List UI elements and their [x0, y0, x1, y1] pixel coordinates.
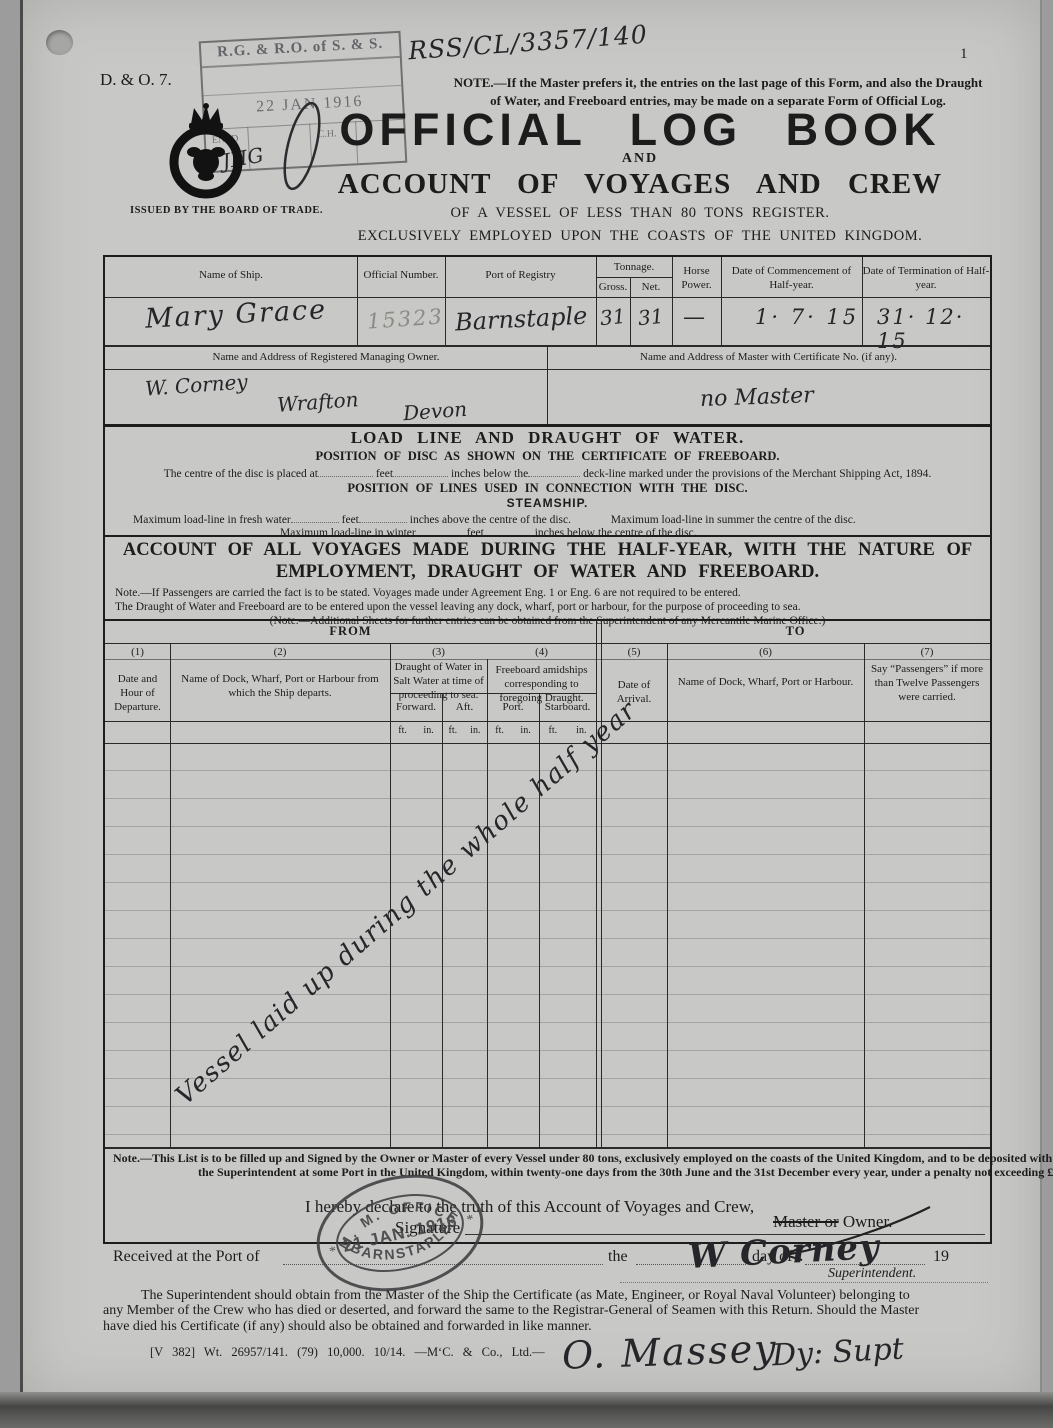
load-line-title: LOAD LINE AND DRAUGHT OF WATER.: [105, 428, 990, 448]
issued-by-line: ISSUED BY THE BOARD OF TRADE.: [130, 205, 323, 216]
top-note-text: —If the Master prefers it, the entries o…: [490, 75, 982, 108]
col3-num: (3): [390, 646, 487, 660]
top-note-label: NOTE.: [454, 75, 494, 90]
voyages-note1: Note.—If Passengers are carried the fact…: [115, 587, 741, 599]
title-line3: OF A VESSEL OF LESS THAN 80 TONS REGISTE…: [330, 205, 950, 222]
col5-num: (5): [601, 646, 667, 660]
col-master: Name and Address of Master with Certific…: [547, 351, 990, 365]
hole-punch: [46, 30, 73, 55]
value-horse-power: —: [683, 305, 705, 330]
col-horse-power: Horse Power.: [672, 265, 721, 293]
from-label: FROM: [105, 624, 596, 639]
col-official-number: Official Number.: [357, 269, 445, 283]
col2-num: (2): [170, 646, 390, 660]
ruled-lines: [105, 743, 990, 1143]
subcol-starboard: Starboard.: [539, 701, 596, 715]
col7-label: Say “Passengers” if more than Twelve Pas…: [870, 663, 984, 704]
value-net-tonnage: 31: [637, 304, 665, 331]
voyages-heading2: EMPLOYMENT, DRAUGHT OF WATER AND FREEBOA…: [105, 562, 990, 583]
value-name-of-ship: Mary Grace: [144, 294, 328, 334]
col-commencement: Date of Commencement of Half-year.: [721, 265, 862, 293]
page-title: OFFICIAL LOG BOOK: [330, 104, 950, 156]
voyages-section: ACCOUNT OF ALL VOYAGES MADE DURING THE H…: [103, 535, 992, 1244]
deposit-note: Note.—This List is to be filled up and S…: [113, 1151, 1053, 1180]
units-port: ft.in.: [487, 725, 539, 736]
value-commencement: 1· 7· 15: [755, 305, 859, 329]
value-termination: 31· 12· 15: [877, 305, 990, 353]
value-master: no Master: [700, 383, 815, 412]
col-name-of-ship: Name of Ship.: [105, 269, 357, 283]
col3-label: Draught of Water in Salt Water at time o…: [392, 661, 485, 702]
form-code: D. & O. 7.: [100, 70, 172, 90]
steamship-label: STEAMSHIP.: [105, 496, 990, 510]
superintendent-label: Superintendent.: [828, 1266, 916, 1282]
value-port-of-registry: Barnstaple: [454, 302, 588, 337]
value-owner-name: W. Corney: [144, 369, 248, 400]
to-label: TO: [601, 624, 990, 639]
col7-num: (7): [864, 646, 990, 660]
value-gross-tonnage: 31: [599, 304, 627, 331]
subcol-port: Port.: [487, 701, 539, 715]
load-line-section: LOAD LINE AND DRAUGHT OF WATER. POSITION…: [103, 425, 992, 537]
col6-num: (6): [667, 646, 864, 660]
col-termination: Date of Termination of Half-year.: [862, 265, 990, 293]
load-line-subtitle: POSITION OF DISC AS SHOWN ON THE CERTIFI…: [105, 449, 990, 464]
title-and: AND: [330, 151, 950, 167]
title-line4: EXCLUSIVELY EMPLOYED UPON THE COASTS OF …: [280, 228, 1000, 245]
value-official-number: 15323: [366, 304, 444, 333]
col-tonnage: Tonnage.: [596, 261, 672, 275]
col2-label: Name of Dock, Wharf, Port or Harbour fro…: [180, 673, 380, 701]
print-reference: [V 382] Wt. 26957/141. (79) 10,000. 10/1…: [150, 1345, 545, 1360]
col5-label: Date of Arrival.: [601, 679, 667, 707]
deputy-title-handwritten: Dy: Supt: [771, 1332, 904, 1374]
units-forward: ft.in.: [390, 725, 442, 736]
page-bottom-shadow: [0, 1392, 1053, 1428]
subcol-aft: Aft.: [442, 701, 487, 715]
svg-text:*: *: [465, 1212, 475, 1228]
units-aft: ft.in.: [442, 725, 487, 736]
voyages-heading1: ACCOUNT OF ALL VOYAGES MADE DURING THE H…: [105, 540, 990, 561]
col6-label: Name of Dock, Wharf, Port or Harbour.: [677, 676, 854, 690]
col-port-of-registry: Port of Registry: [445, 269, 596, 283]
received-at-port-label: Received at the Port of: [113, 1248, 260, 1266]
col-gross: Gross.: [596, 281, 630, 295]
value-owner-county: Devon: [402, 397, 468, 425]
subcol-forward: Forward.: [390, 701, 442, 715]
voyages-note2: The Draught of Water and Freeboard are t…: [115, 601, 801, 613]
col4-label: Freeboard amidships corresponding to for…: [491, 664, 592, 705]
board-of-trade-crest-icon: [158, 100, 254, 204]
load-line-disc-line: The centre of the disc is placed at feet…: [105, 465, 990, 480]
deputy-signature-handwritten: O. Massey: [561, 1326, 778, 1377]
superintendent-note: The Superintendent should obtain from th…: [103, 1288, 990, 1334]
value-owner-place: Wrafton: [276, 387, 359, 417]
col1-label: Date and Hour of Departure.: [107, 673, 168, 714]
col4-num: (4): [487, 646, 596, 660]
the-label: the: [608, 1248, 628, 1266]
page-number: 1: [960, 46, 968, 63]
entry-stamp-office: R.G. & R.O. of S. & S.: [201, 35, 400, 68]
col1-num: (1): [105, 646, 170, 660]
col-managing-owner: Name and Address of Registered Managing …: [105, 351, 547, 365]
ship-details-table: Name of Ship. Official Number. Port of R…: [103, 255, 992, 426]
page-subtitle: ACCOUNT OF VOYAGES AND CREW: [300, 168, 980, 201]
load-line-subtitle2: POSITION OF LINES USED IN CONNECTION WIT…: [105, 481, 990, 496]
col-net: Net.: [630, 281, 672, 295]
